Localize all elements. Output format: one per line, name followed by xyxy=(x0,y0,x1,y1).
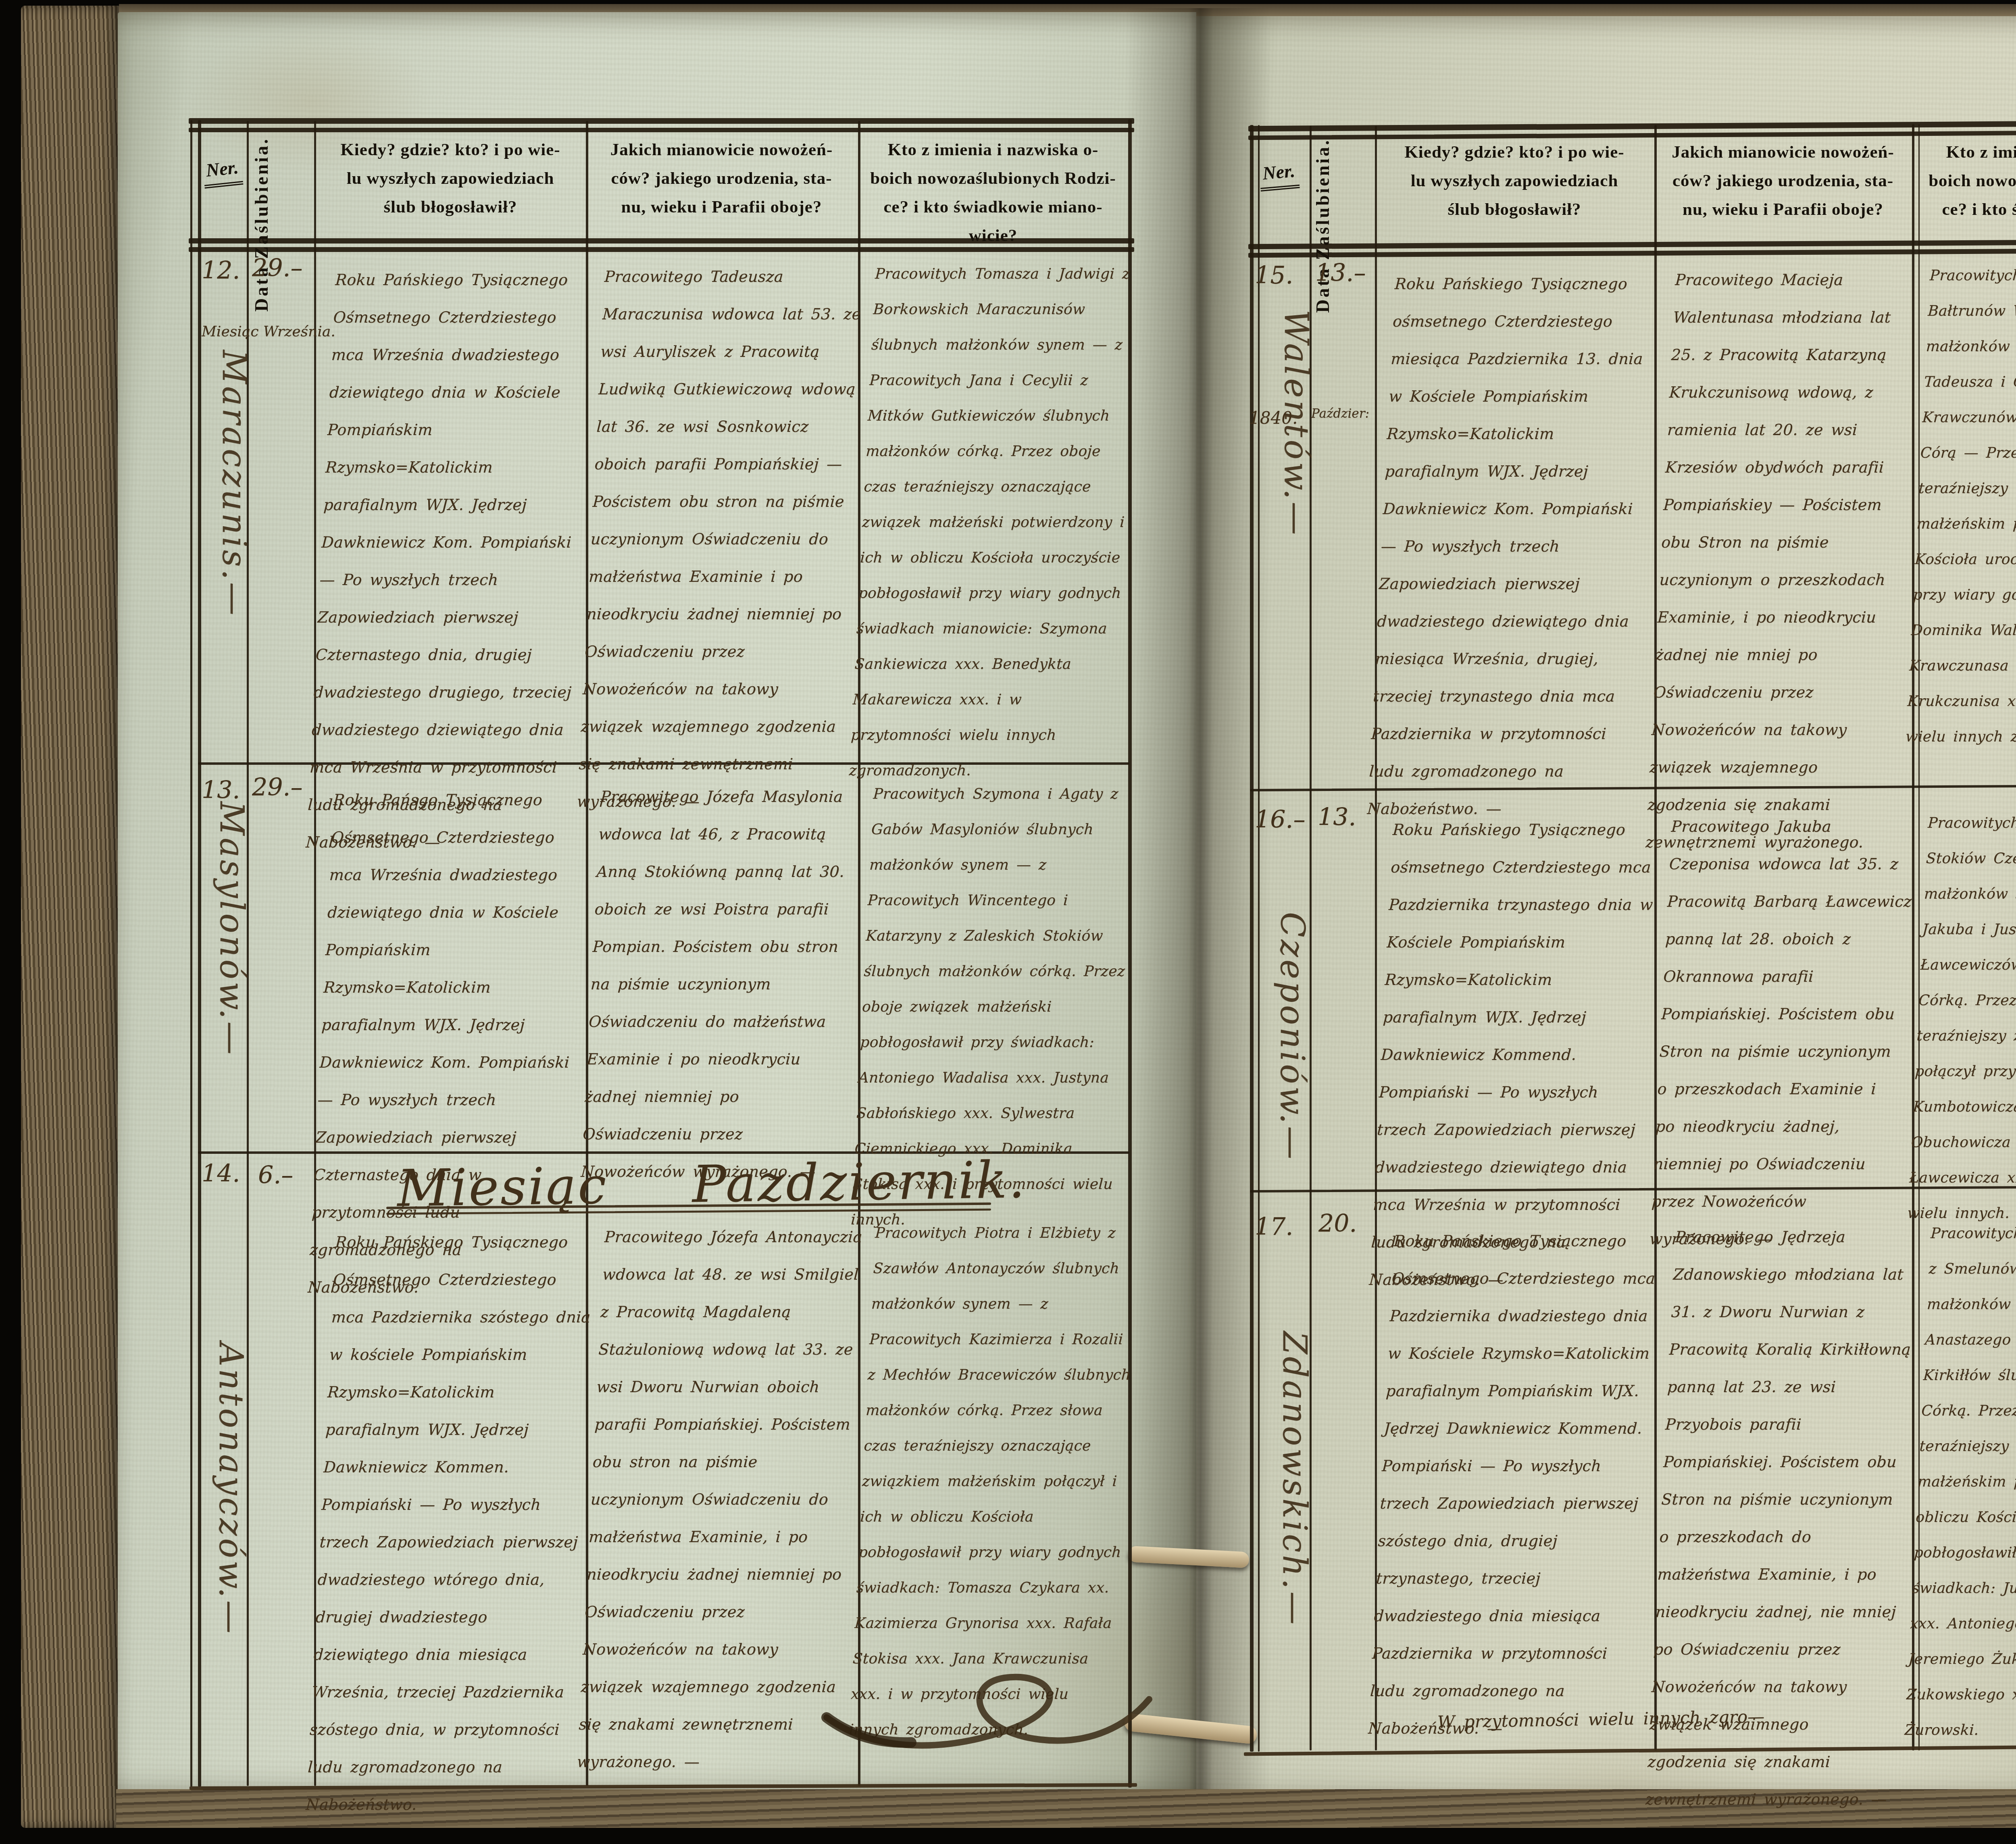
entry-col-when: Roku Pańskiego Tysiącznego Ośmsetnego Cz… xyxy=(305,261,596,861)
entry-col-newlyweds: Pracowitego Józefa Masylonia wdowca lat … xyxy=(580,778,864,1190)
header-ner-right-text: Ner. xyxy=(1258,160,1300,191)
header-ner-left-text: Ner. xyxy=(202,156,243,189)
header-newlyweds-right: Jakich mianowicie nowożeń- ców? jakiego … xyxy=(1658,138,1908,224)
table-rule xyxy=(189,118,1134,124)
entry-margin-name: Maraczunis.— xyxy=(215,350,253,618)
table-rule xyxy=(1375,126,1377,1750)
entry-margin-name: Walentów.— xyxy=(1277,310,1315,537)
entry-col-newlyweds: Pracowitego Jakuba Czeponisa wdowca lat … xyxy=(1649,808,1917,1258)
table-rule xyxy=(314,121,316,1786)
entry-col-witnesses: Pracowitych Tomasza i Jadwigi z Borkowsk… xyxy=(848,256,1142,789)
entry-number: 17. xyxy=(1255,1213,1307,1241)
header-witnesses-right: Kto z imienia i nazwiska o- boich nowoza… xyxy=(1916,138,2016,252)
entry-date: 29.– xyxy=(252,773,317,801)
entry-date: 6.– xyxy=(258,1161,314,1189)
header-ner-left: Ner. xyxy=(198,156,247,182)
table-rule xyxy=(1250,125,1254,1752)
entry-date: 13. xyxy=(1318,803,1374,831)
header-witnesses-left: Kto z imienia i nazwiska o- boich nowoza… xyxy=(862,135,1124,250)
entry-number: 16.– xyxy=(1255,805,1319,834)
entry-margin-name: Masylonów.— xyxy=(212,801,251,1057)
entry-col-newlyweds: Pracowitego Jędrzeja Zdanowskiego młodzi… xyxy=(1645,1218,1921,1818)
entry-margin-name: Zdanowskich.— xyxy=(1275,1331,1314,1627)
table-rule xyxy=(1258,125,1260,1752)
entry-number: 12. xyxy=(202,256,250,285)
entry-margin-name: Antonayczów.— xyxy=(212,1342,250,1636)
table-rule xyxy=(198,120,201,1787)
entry-date: 20. xyxy=(1318,1209,1375,1238)
entry-margin-name: Czeponiów.— xyxy=(1273,912,1311,1161)
entry-number: 15. xyxy=(1255,261,1307,289)
table-rule xyxy=(190,120,192,1787)
entry-col-when: Roku Pańskiego Tysiącznego Ośmsetnego Cz… xyxy=(1367,1222,1661,1747)
entry-col-when: Roku Pańskiego Tysiącznego ośmsetnego Cz… xyxy=(1366,265,1662,828)
entry-col-when: Roku Pańskiego Tysiącznego Ośmsetnego Cz… xyxy=(305,1224,596,1823)
book-edge-left xyxy=(21,6,122,1828)
register-book-photo: 26. Ner. Data Zaślubienia. Kiedy? gdzie?… xyxy=(0,0,2016,1844)
header-date-left: Data Zaślubienia. xyxy=(251,130,311,319)
entry-col-newlyweds: Pracowitego Tadeusza Maraczunisa wdowca … xyxy=(576,258,867,820)
header-newlyweds-left: Jakich mianowicie nowożeń- ców? jakiego … xyxy=(589,135,854,221)
entry-number: 14. xyxy=(202,1159,250,1188)
header-when-right: Kiedy? gdzie? kto? i po wie- lu wyszłych… xyxy=(1379,138,1650,224)
entry-number: 13. xyxy=(202,776,250,804)
entry-col-newlyweds: Pracowitego Macieja Walentunasa młodzian… xyxy=(1645,261,1921,861)
table-rule xyxy=(189,128,1134,132)
entry-month-abbr: Paździer: xyxy=(1311,406,1376,421)
header-ner-right: Ner. xyxy=(1251,159,1307,185)
entry-date: 29.– xyxy=(252,254,317,282)
pen-flourish xyxy=(814,1653,1185,1782)
entry-date: 13.– xyxy=(1315,259,1376,287)
month-heading: Miesiąc Pazdziernik. xyxy=(397,1149,1115,1218)
header-date-right: Data Zaślubienia. xyxy=(1312,133,1372,318)
header-when-left: Kiedy? gdzie? kto? i po wie- lu wyszłych… xyxy=(319,135,581,221)
